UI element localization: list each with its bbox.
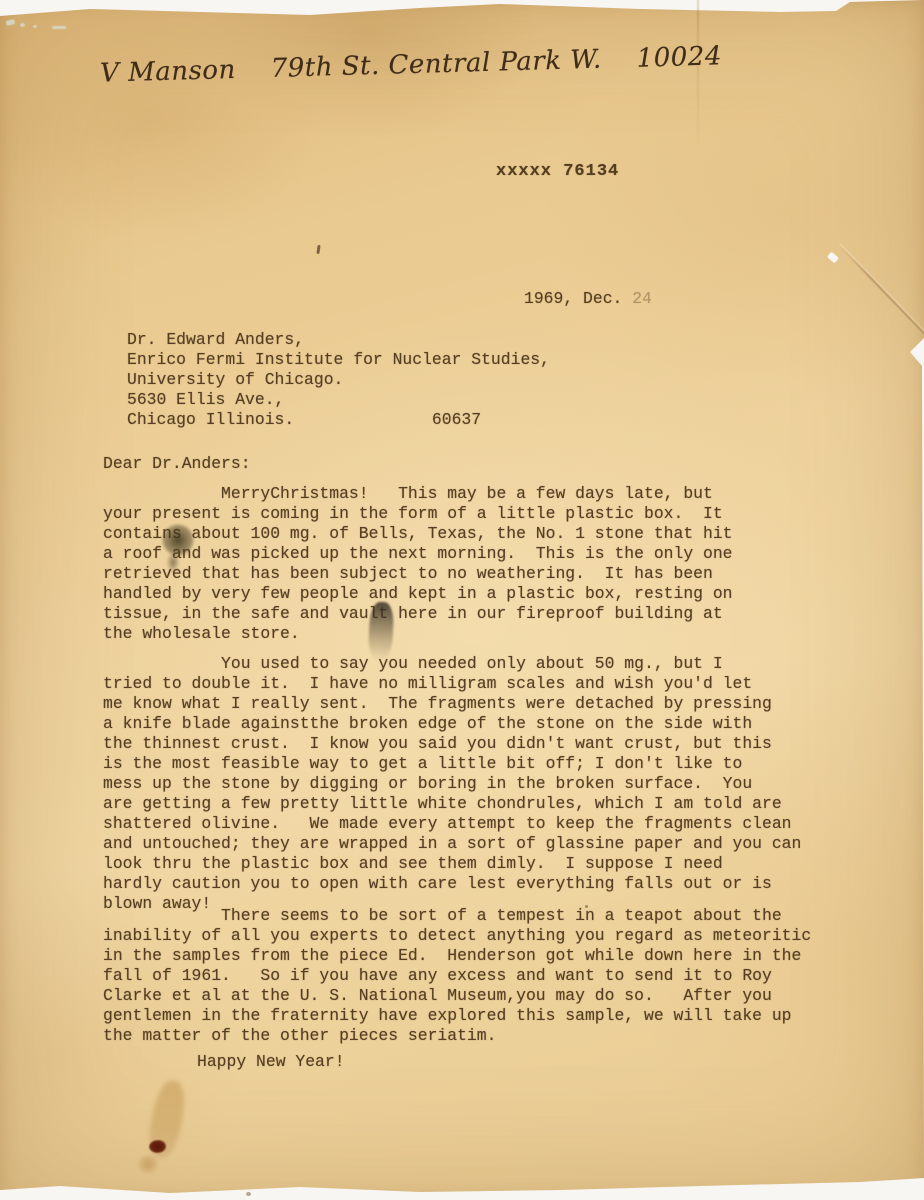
catalog-number: xxxxx 76134	[496, 162, 619, 182]
recipient-address: Dr. Edward Anders, Enrico Fermi Institut…	[127, 330, 550, 430]
scanned-letter-page: V Manson 79th St. Central Park W. 10024 …	[0, 0, 924, 1200]
body-paragraph-3: There seems to be sort of a tempest in a…	[103, 906, 811, 1046]
salutation: Dear Dr.Anders:	[103, 454, 251, 474]
date-day: 24	[632, 289, 652, 308]
date-line: 1969, Dec. 24	[524, 289, 652, 309]
ink-speck	[246, 1192, 251, 1196]
body-paragraph-2: You used to say you needed only about 50…	[103, 654, 801, 914]
body-paragraph-1: MerryChristmas! This may be a few days l…	[103, 484, 733, 644]
closing-line: Happy New Year!	[197, 1052, 345, 1072]
date-month: 1969, Dec.	[524, 289, 622, 308]
